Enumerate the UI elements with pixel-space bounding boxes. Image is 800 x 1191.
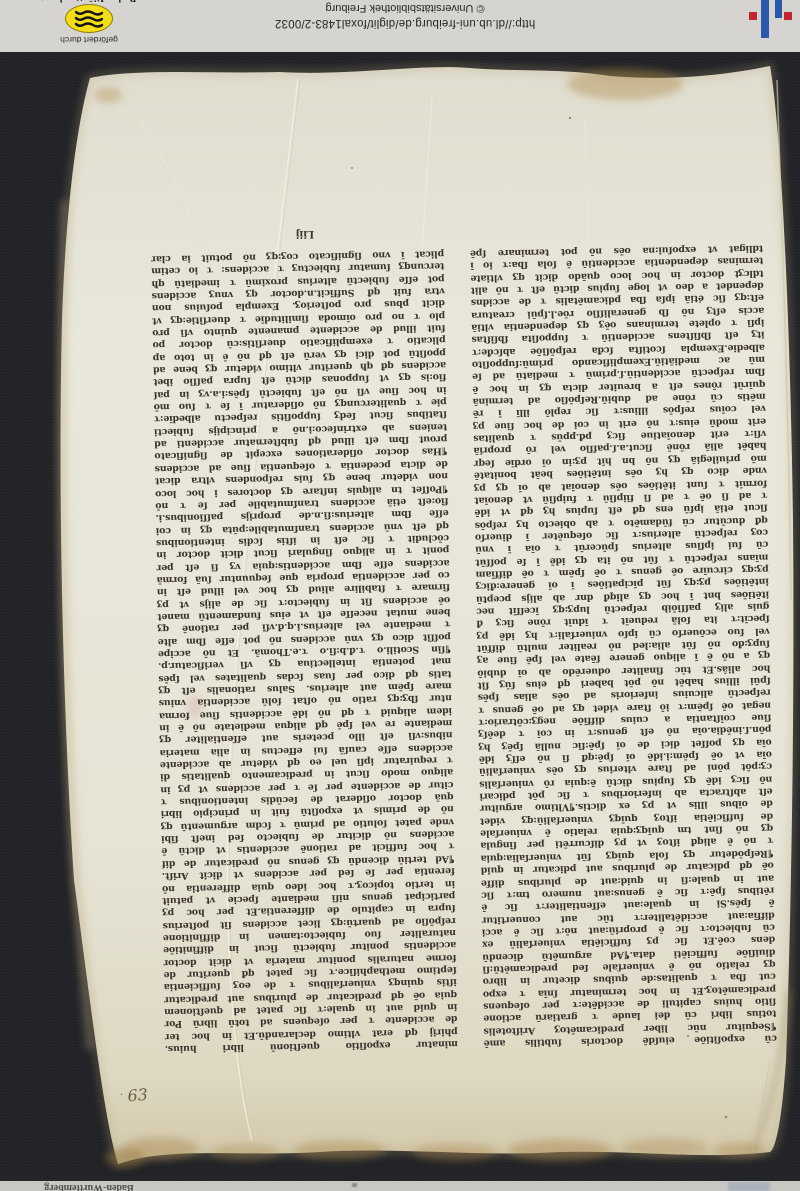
blue-bar-icon [761, 0, 769, 38]
sponsor-region-name-bottom: Baden-Württemberg [24, 1182, 154, 1191]
handwritten-folio-number: ·63 [119, 1085, 148, 1106]
red-square-icon [784, 12, 792, 20]
quire-signature-mark: Liij [283, 228, 327, 239]
blue-bar-icon [775, 0, 782, 18]
red-square-icon [749, 12, 757, 20]
speck [352, 1183, 357, 1187]
digitized-book-scan-page: { "banner_top": { "copyright_line": "© U… [0, 0, 800, 1191]
library-credit-banner-bottom: Baden-Württemberg [0, 1181, 800, 1191]
text-column-left: minatur expoſitio queſtionū libri huius.… [151, 246, 458, 1054]
printed-text-block: cū expoſitiōe eiuſdē doctoris ſubtilis a… [151, 241, 777, 1055]
registration-mark [0, 0, 800, 52]
blue-mark-smudge [728, 1182, 770, 1191]
scan-stage: cū expoſitiōe eiuſdē doctoris ſubtilis a… [0, 0, 800, 1191]
library-credit-banner-top: http://dl.ub.uni-freiburg.de/diglit/foxa… [0, 0, 800, 52]
text-column-right: cū expoſitiōe eiuſdē doctoris ſubtilis a… [470, 241, 777, 1049]
ink-dot: · [119, 1088, 124, 1101]
